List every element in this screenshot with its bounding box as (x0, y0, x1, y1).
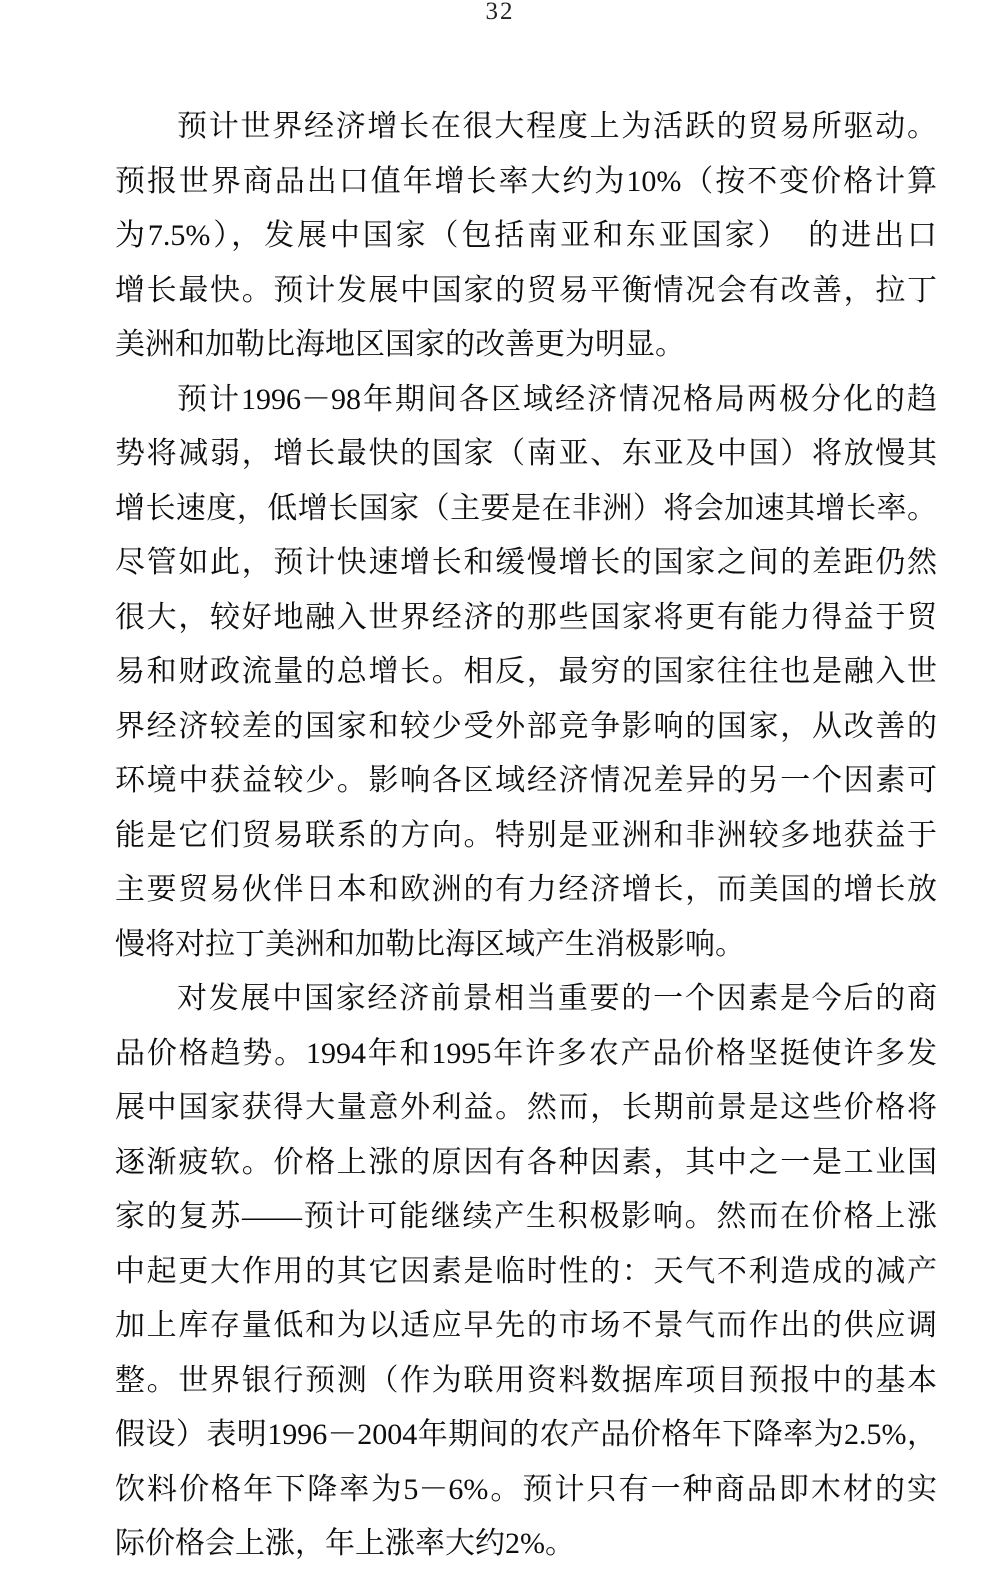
text-line: 界经济较差的国家和较少受外部竞争影响的国家，从改善的 (115, 700, 937, 755)
text-line: 加上库存量低和为以适应早先的市场不景气而作出的供应调 (115, 1299, 937, 1354)
text-line: 际价格会上涨，年上涨率大约2%。 (115, 1517, 937, 1569)
text-line: 尽管如此，预计快速增长和缓慢增长的国家之间的差距仍然 (115, 536, 937, 591)
text-line: 假设）表明1996－2004年期间的农产品价格年下降率为2.5%， (115, 1408, 937, 1463)
text-line: 展中国家获得大量意外利益。然而，长期前景是这些价格将 (115, 1081, 937, 1136)
text-line: 慢将对拉丁美洲和加勒比海区域产生消极影响。 (115, 918, 937, 973)
text-line: 品价格趋势。1994年和1995年许多农产品价格坚挺使许多发 (115, 1027, 937, 1082)
text-line: 易和财政流量的总增长。相反，最穷的国家往往也是融入世 (115, 645, 937, 700)
text-line: 能是它们贸易联系的方向。特别是亚洲和非洲较多地获益于 (115, 809, 937, 864)
text-line: 逐渐疲软。价格上涨的原因有各种因素，其中之一是工业国 (115, 1136, 937, 1191)
text-line: 中起更大作用的其它因素是临时性的：天气不利造成的减产 (115, 1245, 937, 1300)
text-line: 增长速度，低增长国家（主要是在非洲）将会加速其增长率。 (115, 482, 937, 537)
text-line: 预计1996－98年期间各区域经济情况格局两极分化的趋 (115, 373, 937, 428)
text-line: 主要贸易伙伴日本和欧洲的有力经济增长，而美国的增长放 (115, 863, 937, 918)
page-body: 预计世界经济增长在很大程度上为活跃的贸易所驱动。预报世界商品出口值年增长率大约为… (115, 100, 937, 1569)
text-line: 饮料价格年下降率为5－6%。预计只有一种商品即木材的实 (115, 1463, 937, 1518)
text-line: 整。世界银行预测（作为联用资料数据库项目预报中的基本 (115, 1354, 937, 1409)
text-line: 预报世界商品出口值年增长率大约为10%（按不变价格计算 (115, 155, 937, 210)
text-line: 环境中获益较少。影响各区域经济情况差异的另一个因素可 (115, 754, 937, 809)
document-page: 32 预计世界经济增长在很大程度上为活跃的贸易所驱动。预报世界商品出口值年增长率… (0, 0, 1000, 1569)
text-line: 对发展中国家经济前景相当重要的一个因素是今后的商 (115, 972, 937, 1027)
text-line: 为7.5%），发展中国家（包括南亚和东亚国家） 的进出口 (115, 209, 937, 264)
text-line: 增长最快。预计发展中国家的贸易平衡情况会有改善，拉丁 (115, 264, 937, 319)
text-line: 势将减弱，增长最快的国家（南亚、东亚及中国）将放慢其 (115, 427, 937, 482)
scanned-document: { "page": { "number": "32", "background_… (0, 0, 1000, 1569)
text-line: 美洲和加勒比海地区国家的改善更为明显。 (115, 318, 937, 373)
page-number: 32 (0, 0, 1000, 26)
text-line: 家的复苏——预计可能继续产生积极影响。然而在价格上涨 (115, 1190, 937, 1245)
text-line: 预计世界经济增长在很大程度上为活跃的贸易所驱动。 (115, 100, 937, 155)
text-line: 很大，较好地融入世界经济的那些国家将更有能力得益于贸 (115, 591, 937, 646)
